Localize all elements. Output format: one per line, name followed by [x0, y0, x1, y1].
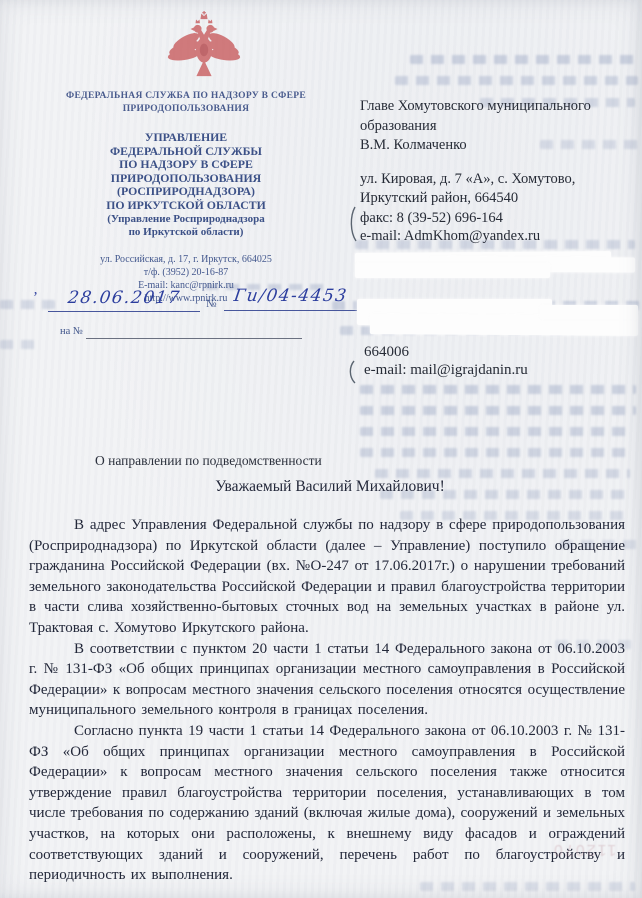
outgoing-date-field: 28.06.2017 [48, 288, 200, 312]
reply-to-label: на № [60, 326, 83, 337]
outgoing-number-field: Ги/04-4453 [224, 286, 358, 311]
department-short-line: (Управление Росприроднадзора [18, 213, 354, 227]
bleed-through-text [360, 448, 630, 457]
recipient-email-2: e-mail: mail@igrajdanin.ru [364, 362, 528, 379]
department-line: ПО ИРКУТСКОЙ ОБЛАСТИ [18, 199, 354, 213]
bleed-through-text [395, 76, 638, 85]
recipient-title: образования [360, 117, 642, 137]
bleed-through-text [375, 469, 630, 478]
department-line: ФЕДЕРАЛЬНОЙ СЛУЖБЫ [18, 145, 354, 159]
department-short-line: по Иркутской области) [18, 226, 354, 240]
subject-line: О направлении по подведомственности [95, 453, 322, 469]
bleed-through-text [360, 406, 636, 415]
sender-phone: т/ф. (3952) 20-16-87 [18, 266, 354, 279]
bleed-through-text [360, 385, 636, 394]
scanned-letter-page: ФЕДЕРАЛЬНАЯ СЛУЖБА ПО НАДЗОРУ В СФЕРЕ ПР… [0, 0, 642, 898]
bleed-through-text [360, 427, 632, 436]
agency-name: ФЕДЕРАЛЬНАЯ СЛУЖБА ПО НАДЗОРУ В СФЕРЕ ПР… [18, 90, 354, 115]
pen-bracket-mark [347, 360, 357, 384]
salutation: Уважаемый Василий Михайлович! [150, 478, 510, 496]
recipient-title: Главе Хомутовского муниципального [360, 97, 642, 117]
redaction-strip [355, 263, 550, 278]
reply-to-blank-line [86, 326, 302, 339]
handwritten-number: Ги/04-4453 [233, 286, 349, 306]
bleed-through-number: 112070 [552, 840, 616, 858]
number-sign-label: № [206, 298, 217, 310]
recipient-address: ул. Кировая, д. 7 «А», с. Хомутово, [360, 170, 642, 190]
body-paragraph-3: Согласно пункта 19 части 1 статьи 14 Фед… [29, 721, 625, 886]
recipient-name: В.М. Колмаченко [360, 136, 642, 156]
department-line: (РОСПРИРОДНАДЗОРА) [18, 185, 354, 199]
letter-body: В адрес Управления Федеральной службы по… [29, 515, 625, 886]
body-paragraph-2: В соответствии с пунктом 20 части 1 стат… [29, 639, 625, 721]
bleed-through-text [0, 340, 40, 349]
department-line: УПРАВЛЕНИЕ [18, 131, 354, 145]
sender-address: ул. Российская, д. 17, г. Иркутск, 66402… [18, 253, 354, 266]
coat-of-arms-eagle-icon [160, 6, 248, 82]
bleed-through-text [410, 55, 635, 64]
handwritten-date: 28.06.2017 [66, 288, 181, 308]
agency-name-line: ПРИРОДОПОЛЬЗОВАНИЯ [18, 103, 354, 116]
recipient-email: e-mail: AdmKhom@yandex.ru [360, 227, 642, 246]
redaction-strip [540, 305, 638, 319]
recipient-postal-code-2: 664006 [364, 344, 409, 361]
recipient-address: Иркутский район, 664540 [360, 189, 642, 209]
agency-name-line: ФЕДЕРАЛЬНАЯ СЛУЖБА ПО НАДЗОРУ В СФЕРЕ [18, 90, 354, 103]
department-name: УПРАВЛЕНИЕ ФЕДЕРАЛЬНОЙ СЛУЖБЫ ПО НАДЗОРУ… [18, 131, 354, 240]
recipient-block: Главе Хомутовского муниципального образо… [360, 97, 642, 246]
body-paragraph-1: В адрес Управления Федеральной службы по… [29, 515, 625, 639]
recipient-fax: факс: 8 (39-52) 696-164 [360, 209, 642, 228]
department-line: ПО НАДЗОРУ В СФЕРЕ [18, 158, 354, 172]
pen-tick-mark: ʼ [33, 290, 38, 307]
department-line: ПРИРОДОПОЛЬЗОВАНИЯ [18, 172, 354, 186]
